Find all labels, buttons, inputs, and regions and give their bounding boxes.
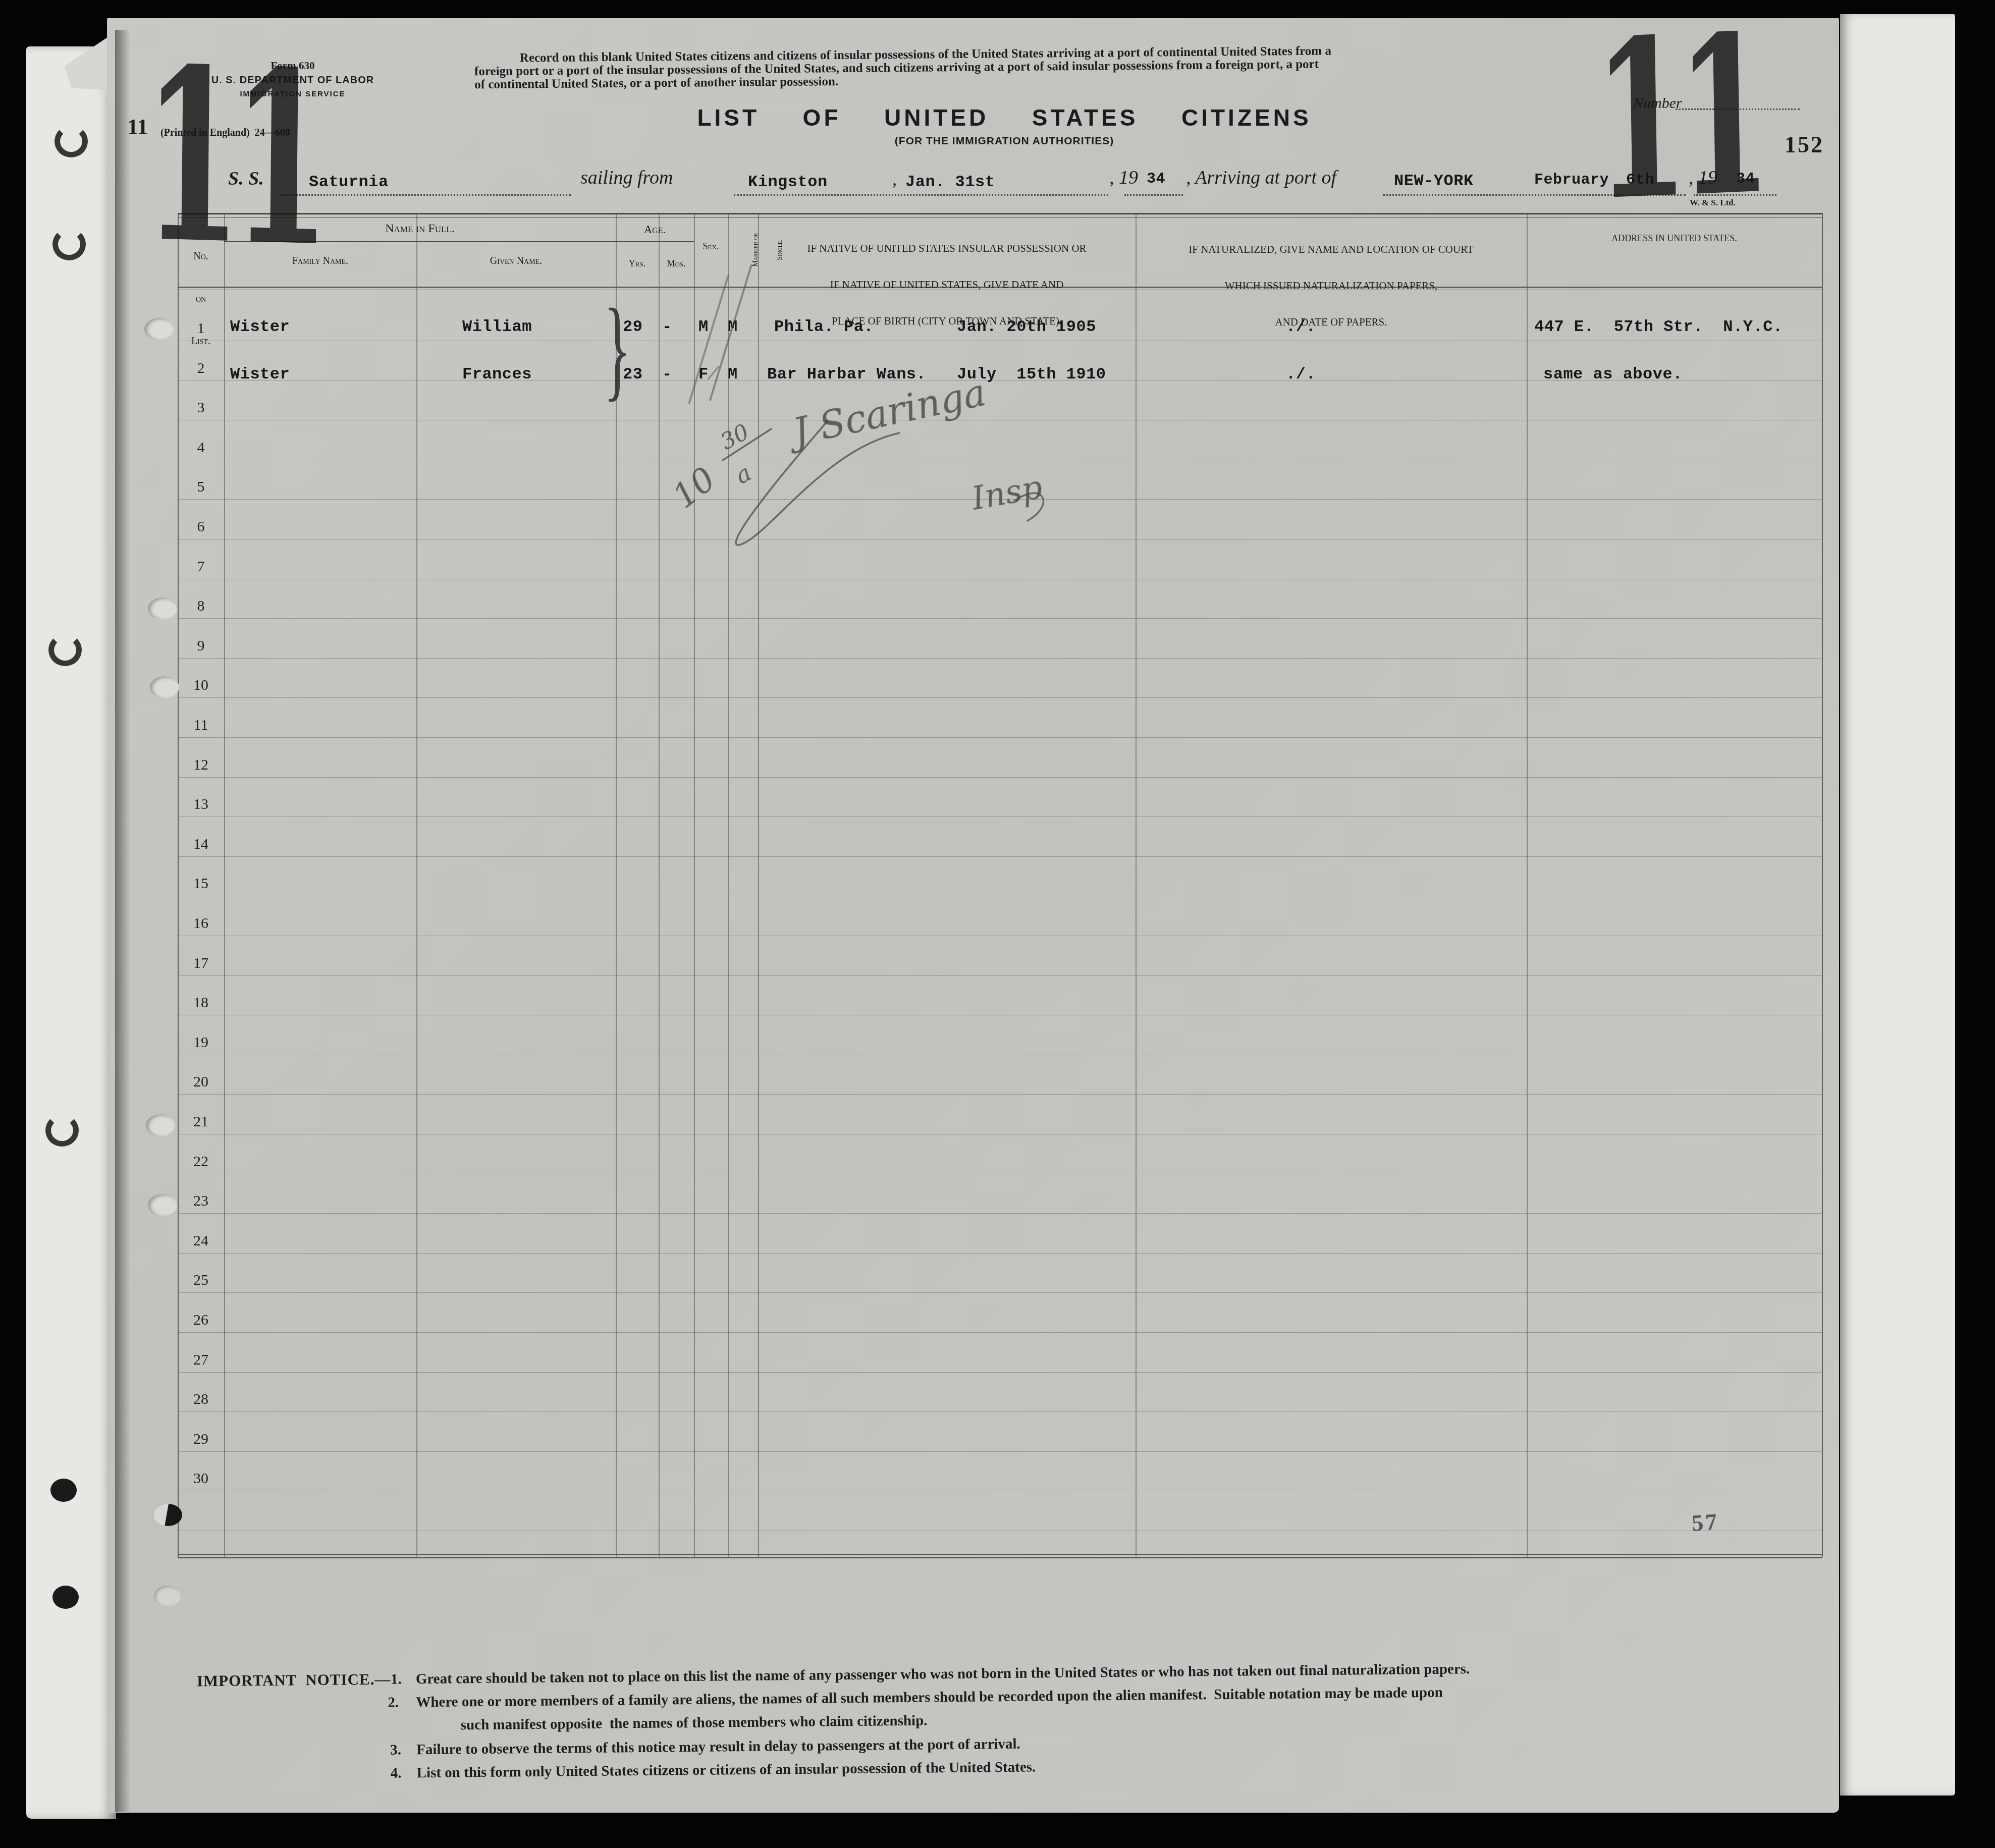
row-line	[178, 1531, 1822, 1531]
row-line	[178, 1213, 1822, 1214]
row-number-21: 21	[178, 1112, 224, 1132]
row-number-10: 10	[178, 675, 224, 695]
dotted-line	[734, 194, 1108, 196]
rule-line	[178, 1557, 1822, 1558]
column-line	[1822, 213, 1823, 1557]
column-line	[416, 213, 417, 1557]
notice-item2-num: 2.	[388, 1695, 399, 1711]
row1-birth-place: Phila. Pa.	[774, 317, 874, 337]
sailing-from-label: sailing from	[580, 167, 673, 189]
row-number-13: 13	[178, 794, 224, 814]
column-line	[224, 213, 225, 1557]
row-line	[178, 737, 1822, 738]
row-line	[178, 1372, 1822, 1373]
row1-address: 447 E. 57th Str. N.Y.C.	[1534, 317, 1783, 337]
row-line	[178, 1411, 1822, 1412]
punch-hole-torn	[154, 1504, 182, 1526]
punch-hole	[148, 1194, 177, 1216]
row-line	[178, 777, 1822, 778]
header-naturalized-line3: AND DATE OF PAPERS.	[1136, 316, 1527, 328]
row-number-30: 30	[178, 1469, 224, 1489]
header-list: List.	[178, 334, 224, 348]
row-line	[178, 1055, 1822, 1055]
column-line	[1527, 213, 1528, 1557]
header-naturalized: IF NATURALIZED, GIVE NAME AND LOCATION O…	[1136, 219, 1527, 352]
row-number-22: 22	[178, 1152, 224, 1172]
row-line	[178, 618, 1822, 619]
row2-given-name: Frances	[462, 364, 532, 385]
row-number-9: 9	[178, 636, 224, 656]
row-line	[178, 975, 1822, 976]
departure-port: Kingston	[748, 173, 828, 191]
row-line	[178, 896, 1822, 896]
row-line	[178, 856, 1822, 857]
header-naturalized-line2: WHICH ISSUED NATURALIZATION PAPERS,	[1136, 280, 1527, 292]
arrival-port: NEW-YORK	[1394, 172, 1474, 190]
punch-hole	[148, 597, 177, 620]
header-mos: Mos.	[659, 258, 694, 269]
row-line	[178, 1253, 1822, 1254]
row2-address: same as above.	[1543, 364, 1683, 385]
date-comma: ,	[892, 169, 897, 190]
row-number-15: 15	[178, 874, 224, 894]
column-line	[616, 213, 617, 1557]
row-number-5: 5	[178, 477, 224, 497]
row-line	[178, 1134, 1822, 1134]
row-line	[178, 936, 1822, 936]
row-number-4: 4	[178, 438, 224, 458]
row-line	[178, 1491, 1822, 1491]
row-line	[178, 1015, 1822, 1015]
signature-name: J Scaringa	[783, 374, 990, 455]
row-number-17: 17	[178, 953, 224, 973]
punch-hole-dark	[55, 125, 88, 157]
punch-hole	[150, 676, 179, 698]
row-number-16: 16	[178, 913, 224, 934]
row2-naturalization: ./.	[1286, 364, 1316, 385]
row-line	[178, 697, 1822, 698]
row-number-29: 29	[178, 1429, 224, 1449]
row1-sex: M	[698, 317, 709, 337]
dotted-line	[1124, 194, 1183, 196]
row-line	[178, 1174, 1822, 1174]
notice-item1-num: 1.	[391, 1671, 402, 1688]
notice-item3-num: 3.	[390, 1742, 401, 1759]
departure-date: Jan. 31st	[905, 173, 995, 191]
page-number: 152	[1785, 131, 1824, 158]
page-title: LIST OF UNITED STATES CITIZENS	[676, 104, 1332, 131]
row1-age-mos: -	[662, 317, 672, 337]
sheet-stamp-right: 11	[1593, 17, 1762, 220]
row-number-14: 14	[178, 834, 224, 854]
row-number-23: 23	[178, 1191, 224, 1211]
rule-line	[178, 213, 1822, 214]
arriving-label: , Arriving at port of	[1186, 167, 1336, 189]
punch-hole	[154, 1586, 181, 1607]
row-line	[178, 1332, 1822, 1333]
row-line	[178, 658, 1822, 659]
bottom-stamp: 57	[1691, 1508, 1720, 1537]
row1-given-name: William	[462, 317, 532, 337]
row-number-11: 11	[178, 715, 224, 735]
header-birth-line2: IF NATIVE OF UNITED STATES, GIVE DATE AN…	[758, 279, 1136, 291]
punch-hole-dark	[48, 634, 82, 666]
row-number-19: 19	[178, 1032, 224, 1053]
row-number-24: 24	[178, 1231, 224, 1251]
sheet-stamp-left: 11	[142, 48, 322, 267]
column-line	[659, 213, 660, 1557]
header-yrs: Yrs.	[616, 258, 659, 269]
departure-year-prefix: , 19	[1109, 167, 1138, 189]
punch-hole	[146, 1114, 175, 1136]
ship-name: Saturnia	[309, 173, 389, 191]
row-number-20: 20	[178, 1072, 224, 1092]
header-naturalized-line1: IF NATURALIZED, GIVE NAME AND LOCATION O…	[1136, 243, 1527, 255]
row-line	[178, 1094, 1822, 1095]
row-line	[178, 817, 1822, 817]
row-number-7: 7	[178, 557, 224, 577]
row1-family-name: Wister	[230, 317, 290, 337]
header-given-name: Given Name.	[416, 255, 616, 267]
row-number-3: 3	[178, 398, 224, 418]
inspector-signature: 10 30 a J Scaringa Insp	[661, 374, 1095, 566]
header-birth-line1: IF NATIVE OF UNITED STATES INSULAR POSSE…	[758, 242, 1136, 254]
signature-time: 10	[665, 459, 723, 516]
row-number-27: 27	[178, 1350, 224, 1370]
page-subtitle: (FOR THE IMMIGRATION AUTHORITIES)	[676, 135, 1332, 147]
row-number-8: 8	[178, 596, 224, 616]
row-line	[178, 579, 1822, 579]
row1-naturalization: ./.	[1286, 317, 1316, 337]
signature-fraction-top: 30	[716, 419, 753, 455]
row-line	[178, 1451, 1822, 1452]
row-number-26: 26	[178, 1310, 224, 1330]
row-number-6: 6	[178, 517, 224, 537]
row-line	[178, 1292, 1822, 1293]
punch-hole	[144, 318, 174, 340]
notice-item4-num: 4.	[391, 1765, 402, 1782]
row2-family-name: Wister	[230, 364, 290, 385]
rule-line	[178, 217, 1822, 218]
signature-fraction-bottom: a	[731, 459, 756, 490]
scanned-manifest: 1234567891011121314151617181920212223242…	[0, 0, 1995, 1848]
punch-hole-dark	[52, 1586, 79, 1609]
header-age: Age.	[616, 223, 694, 236]
row-number-28: 28	[178, 1389, 224, 1409]
punch-hole-dark	[50, 1479, 77, 1502]
punch-hole-dark	[45, 1114, 79, 1147]
departure-year: 34	[1147, 171, 1165, 188]
row-number-25: 25	[178, 1270, 224, 1290]
row1-birth-date: Jan. 20th 1905	[957, 317, 1096, 337]
punch-hole-dark	[52, 228, 86, 260]
notice-label: IMPORTANT NOTICE.—	[197, 1670, 391, 1691]
row-number-18: 18	[178, 993, 224, 1013]
rule-line	[178, 1554, 1822, 1555]
column-line	[1136, 213, 1137, 1557]
row-number-12: 12	[178, 755, 224, 775]
dotted-line	[281, 194, 571, 196]
handwritten-brace: }	[604, 283, 631, 414]
